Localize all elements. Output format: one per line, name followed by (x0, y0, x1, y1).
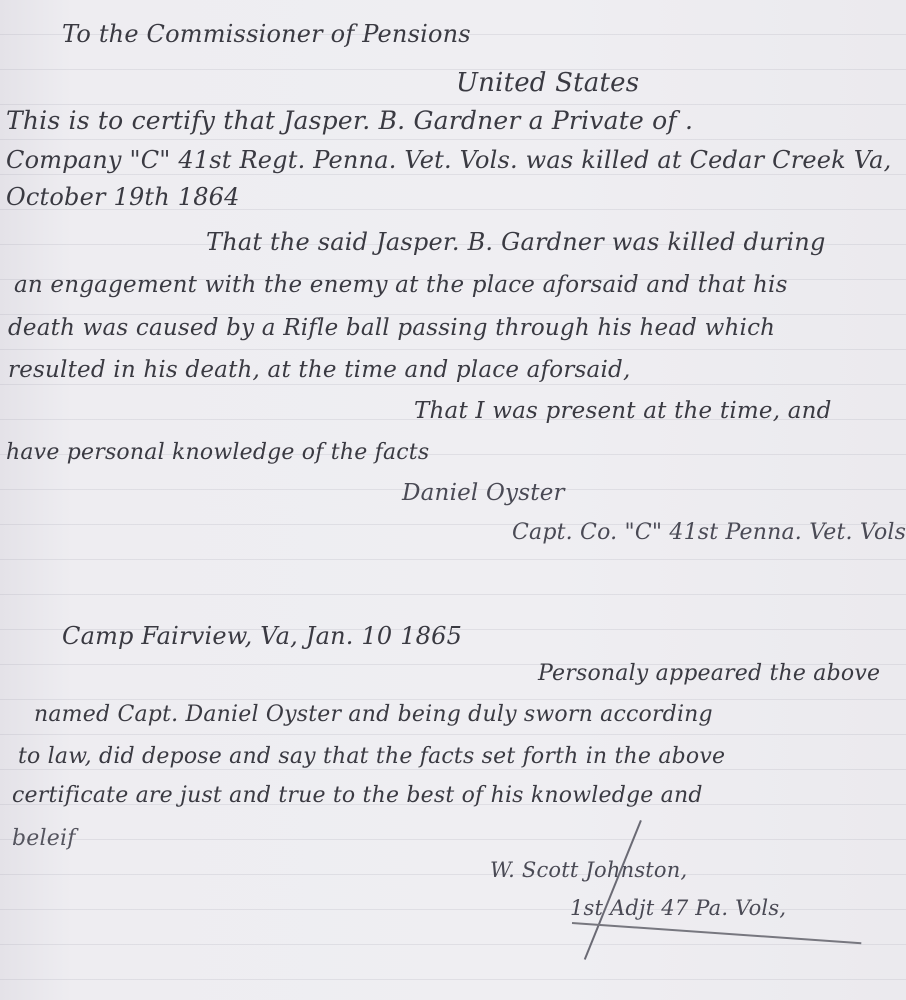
signature-underline-stroke (572, 922, 861, 944)
affidavit-line-1: Personaly appeared the above (538, 661, 880, 686)
certificate-line-1: This is to certify that Jasper. B. Gardn… (6, 106, 693, 135)
affidavit-signature-name: W. Scott Johnston, (490, 858, 687, 882)
certificate-line-9: have personal knowledge of the facts (6, 440, 429, 465)
signature-flourish-stroke (584, 820, 642, 960)
certificate-line-7: resulted in his death, at the time and p… (8, 357, 630, 383)
affidavit-line-5: beleif (12, 826, 76, 851)
affidavit-line-4: certificate are just and true to the bes… (12, 783, 703, 808)
certificate-line-4: That the said Jasper. B. Gardner was kil… (206, 228, 826, 256)
certificate-line-8: That I was present at the time, and (414, 398, 832, 424)
certificate-line-2: Company "C" 41st Regt. Penna. Vet. Vols.… (6, 146, 891, 174)
affidavit-line-3: to law, did depose and say that the fact… (18, 744, 725, 769)
certificate-line-5: an engagement with the enemy at the plac… (14, 272, 788, 298)
certificate-line-6: death was caused by a Rifle ball passing… (8, 315, 775, 341)
handwritten-document: To the Commissioner of Pensions United S… (0, 0, 906, 1000)
certificate-signature-name: Daniel Oyster (402, 480, 565, 506)
certificate-signature-title: Capt. Co. "C" 41st Penna. Vet. Vols, (512, 520, 906, 545)
affidavit-line-2: named Capt. Daniel Oyster and being duly… (34, 702, 713, 727)
addressee-line-1: To the Commissioner of Pensions (62, 20, 471, 48)
certificate-line-3: October 19th 1864 (6, 183, 240, 211)
addressee-line-2: United States (456, 68, 639, 98)
affidavit-place-date: Camp Fairview, Va, Jan. 10 1865 (62, 622, 462, 650)
